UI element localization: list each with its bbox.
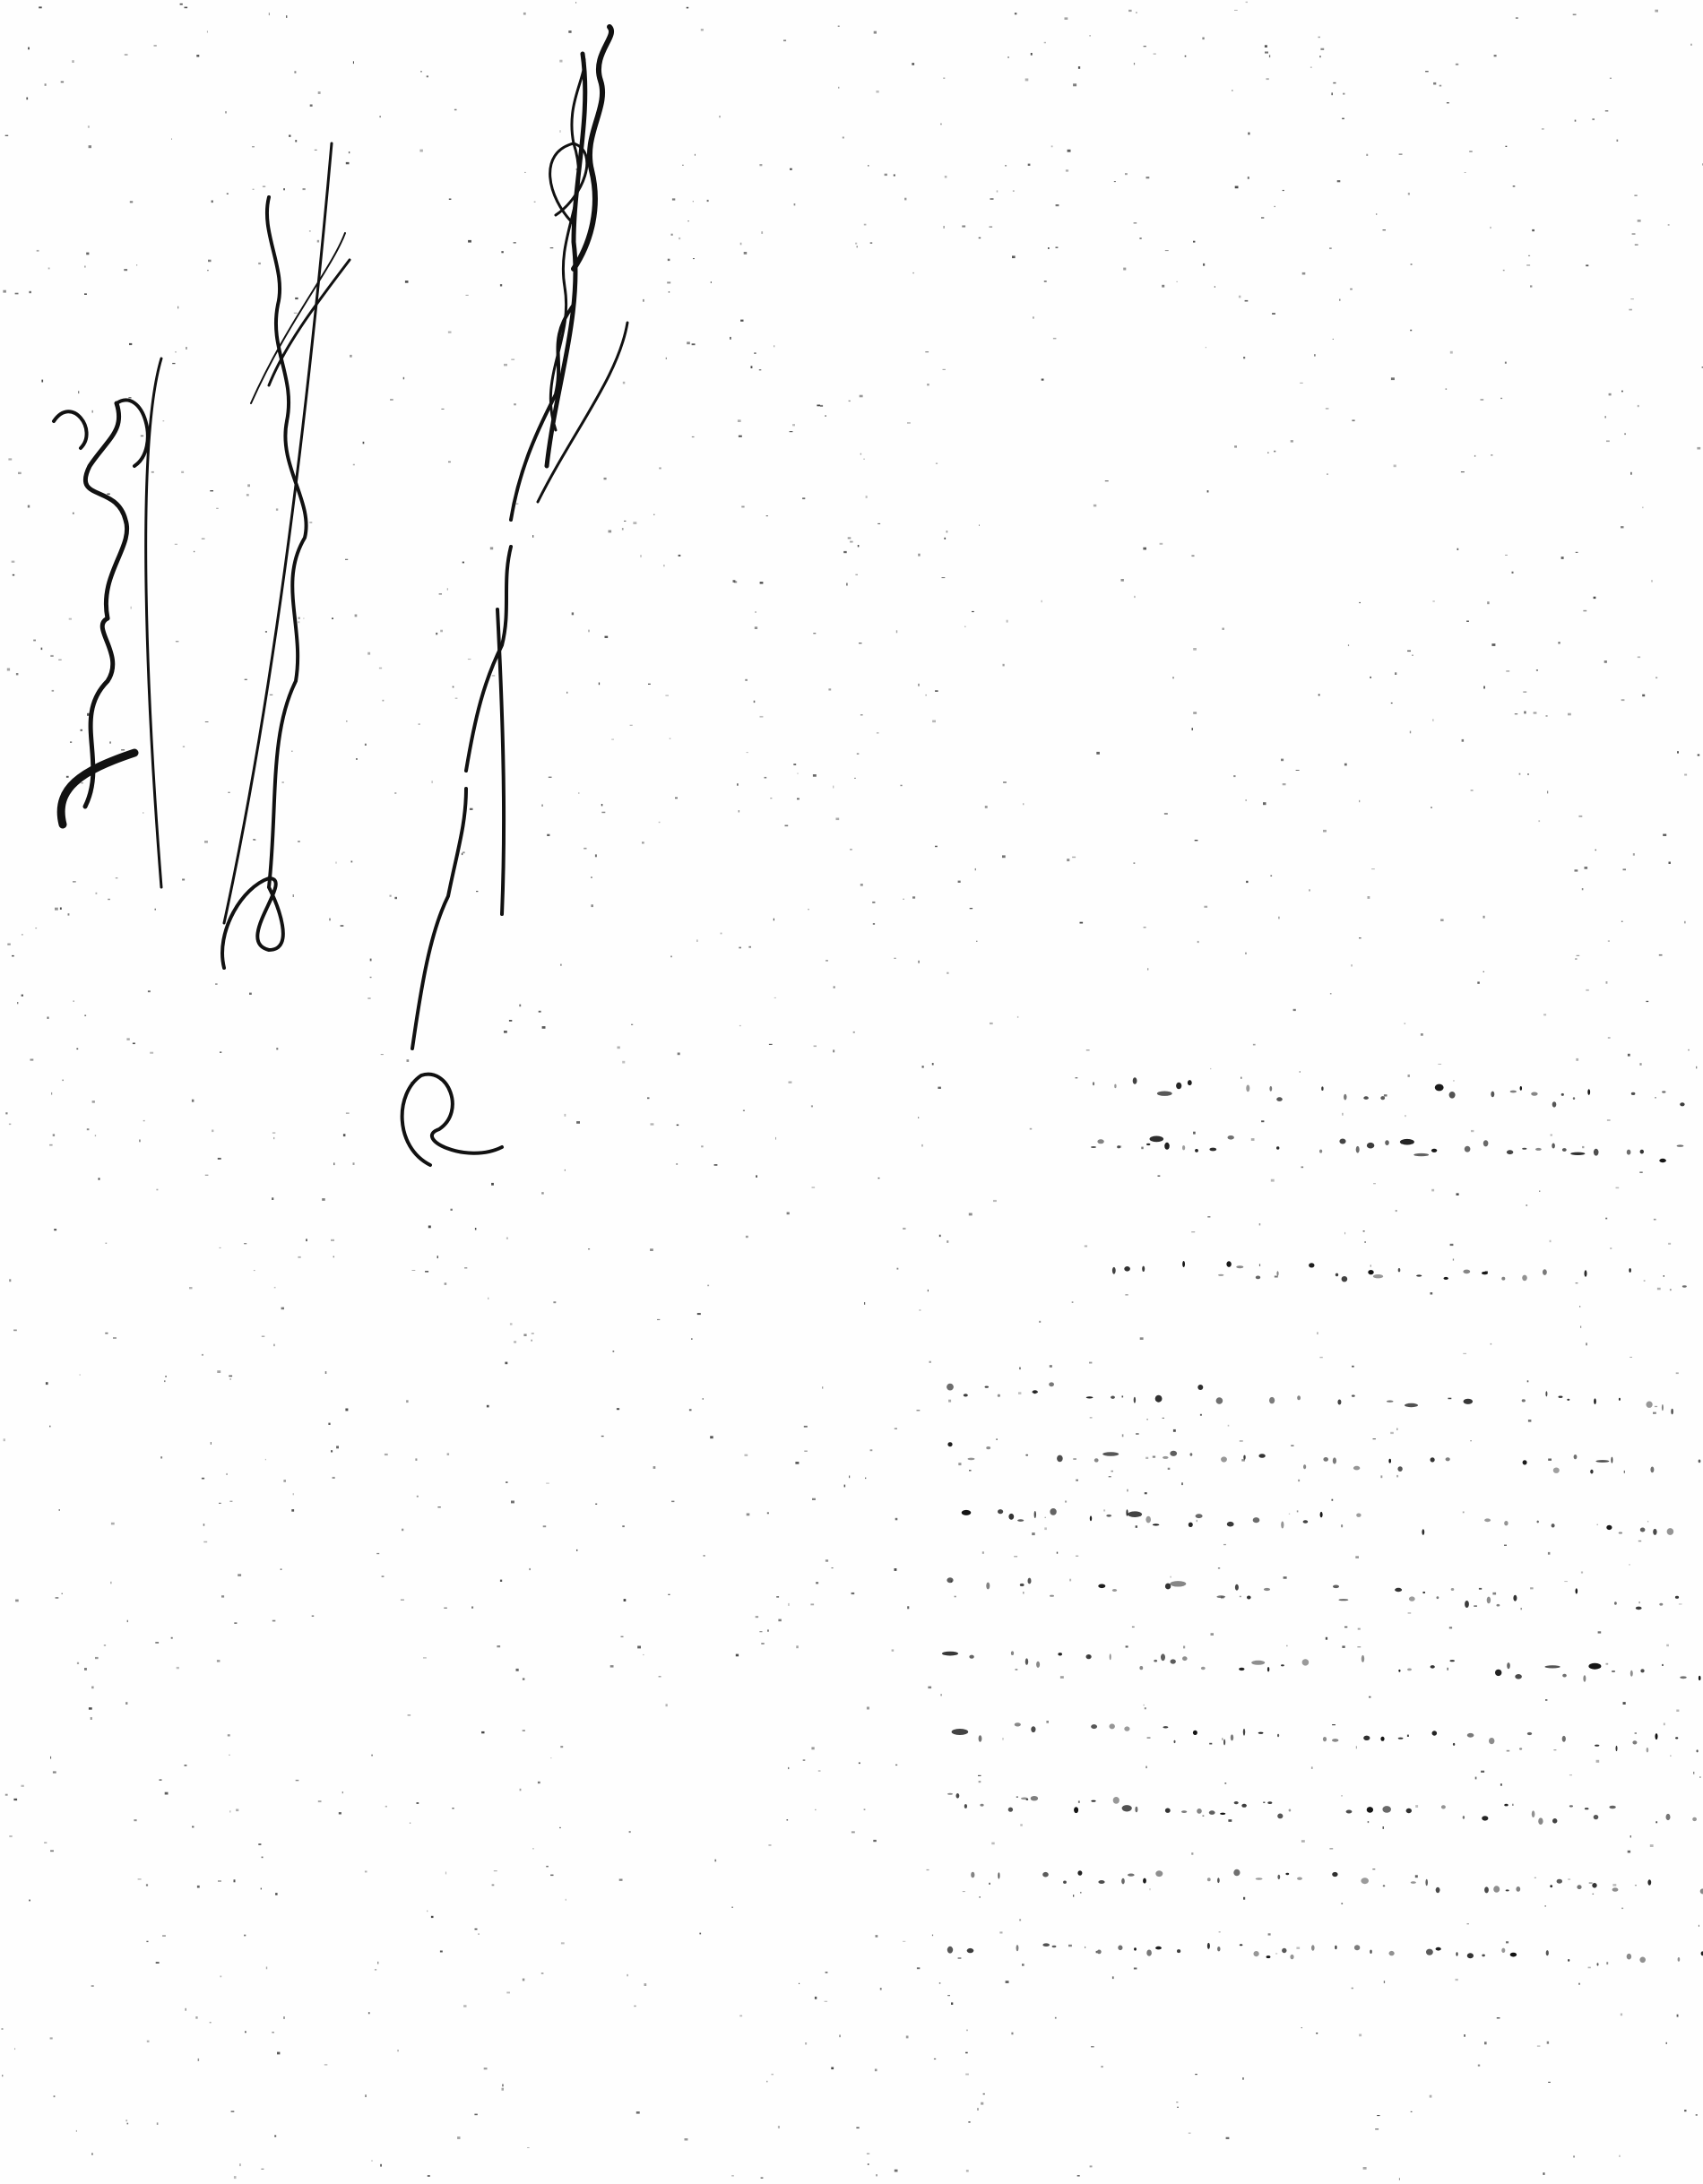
bleed-through-marks: [932, 1031, 1703, 2184]
bleed-through-text: [932, 1031, 1703, 2184]
document-page: 1828 Nimwegen Exhibit voor ... signature…: [0, 0, 1703, 2184]
